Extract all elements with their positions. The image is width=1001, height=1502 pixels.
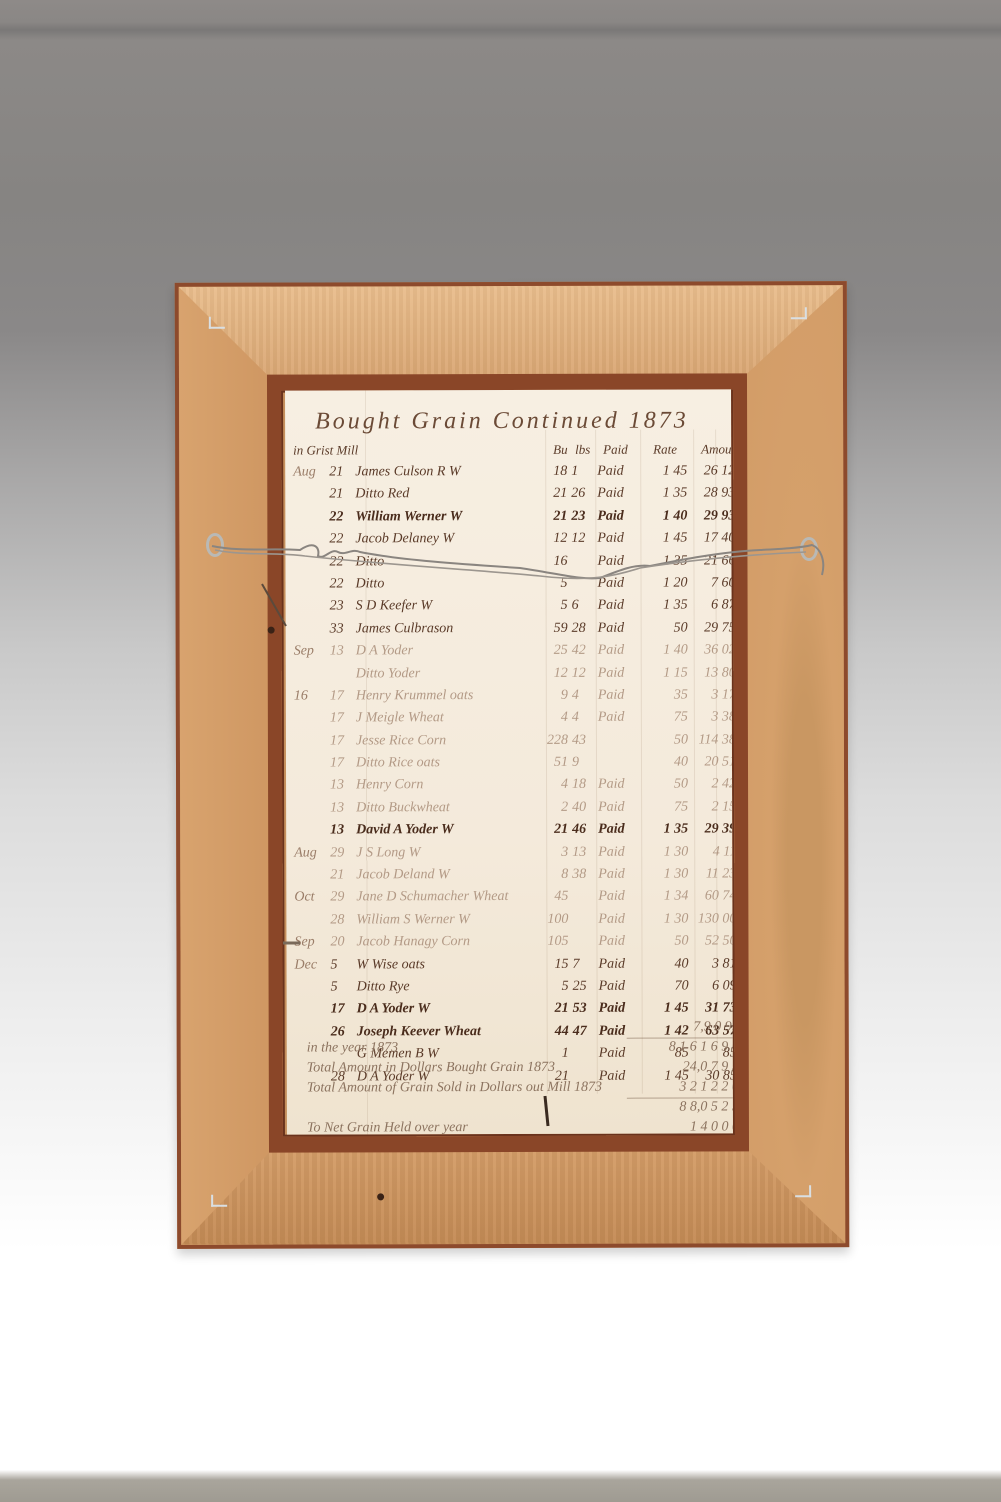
ledger-row: 13Henry Corn418Paid502 42 bbox=[286, 775, 732, 799]
ledger-cell-name: Henry Krummel oats bbox=[356, 688, 556, 705]
ledger-cell-lbs: 12 bbox=[572, 665, 594, 681]
ledger-cell-name: Jacob Hanagy Corn bbox=[356, 934, 556, 951]
ledger-cell-lbs: 42 bbox=[572, 643, 594, 659]
ledger-cell-name: Jacob Delaney W bbox=[355, 531, 555, 548]
ledger-cell-name: Ditto Red bbox=[355, 486, 555, 503]
ledger-cell-paid: Paid bbox=[598, 710, 634, 726]
ledger-cell-amount: 31 73 bbox=[695, 1001, 733, 1017]
ledger-cell-name: S D Keefer W bbox=[356, 598, 556, 615]
summary-label: in the year 1873 bbox=[307, 1040, 627, 1057]
ledger-cell-amount: 29 93 bbox=[693, 508, 733, 524]
ledger-cell-rate: 1 34 bbox=[648, 889, 688, 905]
picture-frame-back: Bought Grain Continued 1873 in Grist Mil… bbox=[175, 281, 850, 1249]
ledger-cell-rate: 1 45 bbox=[647, 531, 687, 547]
ledger-cell-amount: 60 74 bbox=[694, 889, 733, 905]
ledger-cell-name: Ditto Rice oats bbox=[356, 755, 556, 772]
ledger-cell-lbs: 26 bbox=[571, 486, 593, 502]
ledger-cell-margin: Aug bbox=[294, 845, 330, 861]
summary-row: 8 8,0 5 2 5 bbox=[287, 1097, 733, 1118]
ledger-page: Bought Grain Continued 1873 in Grist Mil… bbox=[285, 389, 733, 1134]
summary-value: 8 8,0 5 2 5 bbox=[627, 1099, 733, 1115]
ledger-cell-amount: 6 87 bbox=[694, 598, 733, 614]
ledger-row: 5Ditto Rye525Paid706 09 bbox=[287, 976, 733, 1000]
ledger-row: 17Ditto Rice oats5194020 51 bbox=[286, 753, 732, 777]
ledger-cell-lbs: 18 bbox=[572, 777, 594, 793]
ledger-cell-lbs: 12 bbox=[571, 531, 593, 547]
summary-value: 1 4 0 0 0 bbox=[627, 1119, 733, 1134]
ledger-cell-bu: 4 bbox=[546, 710, 568, 726]
ledger-header: in Grist Mill Bu lbs Paid Rate Amount bbox=[291, 441, 727, 460]
frame-rail-bottom bbox=[181, 1147, 845, 1245]
ledger-cell-lbs: 4 bbox=[572, 710, 594, 726]
ledger-cell-paid: Paid bbox=[597, 553, 633, 569]
ledger-cell-bu: 9 bbox=[546, 688, 568, 704]
summary-value: 7,9 0 99 bbox=[627, 1019, 733, 1035]
ledger-cell-paid: Paid bbox=[598, 598, 634, 614]
ledger-row: 21Jacob Deland W838Paid1 3011 23 bbox=[286, 864, 732, 888]
ledger-cell-paid: Paid bbox=[598, 777, 634, 793]
ledger-cell-lbs: 25 bbox=[573, 979, 595, 995]
summary-label bbox=[307, 1100, 627, 1101]
screw-eye-right bbox=[800, 537, 818, 561]
ledger-cell-name: Ditto bbox=[356, 576, 556, 593]
ledger-cell-rate: 1 20 bbox=[648, 575, 688, 591]
ledger-cell-rate: 1 45 bbox=[649, 1001, 689, 1017]
ledger-row: 23S D Keefer W56Paid1 356 87 bbox=[286, 596, 732, 620]
ledger-rows: Aug21James Culson R W181Paid1 4526 1221D… bbox=[285, 461, 733, 1089]
ledger-cell-amount: 17 40 bbox=[693, 531, 733, 547]
ledger-row: Ditto Yoder1212Paid1 1513 80 bbox=[286, 663, 732, 687]
ledger-cell-name: James Culbrason bbox=[356, 621, 556, 638]
ledger-cell-lbs: 40 bbox=[572, 800, 594, 816]
ledger-cell-rate: 1 45 bbox=[647, 464, 687, 480]
ledger-cell-amount: 29 39 bbox=[694, 822, 733, 838]
ledger-cell-paid: Paid bbox=[598, 576, 634, 592]
ledger-cell-lbs: 28 bbox=[572, 621, 594, 637]
ledger-cell-rate: 70 bbox=[649, 979, 689, 995]
ledger-cell-amount: 36 02 bbox=[694, 643, 733, 659]
ledger-cell-bu: 5 bbox=[546, 576, 568, 592]
ledger-cell-name: David A Yoder W bbox=[356, 822, 556, 839]
ledger-cell-rate: 1 35 bbox=[648, 598, 688, 614]
ledger-cell-lbs: 7 bbox=[573, 956, 595, 972]
nail-hole bbox=[377, 1193, 384, 1200]
ledger-cell-name: Ditto Rye bbox=[357, 979, 557, 996]
ledger-cell-bu: 21 bbox=[545, 509, 567, 525]
ledger-cell-rate: 50 bbox=[648, 934, 688, 950]
ledger-cell-paid: Paid bbox=[598, 620, 634, 636]
ledger-row: Dec5W Wise oats157Paid403 81 bbox=[286, 954, 732, 978]
ledger-summary: 7,9 0 99in the year 18738 1 6 1 6 9 6Tot… bbox=[287, 1017, 733, 1134]
summary-row: Total Amount in Dollars Bought Grain 187… bbox=[287, 1057, 733, 1078]
ledger-cell-bu: 100 bbox=[546, 912, 568, 928]
ledger-row: 22Ditto16Paid1 3521 66 bbox=[285, 551, 731, 575]
summary-label: Total Amount of Grain Sold in Dollars ou… bbox=[307, 1080, 627, 1097]
ledger-cell-name: J S Long W bbox=[356, 845, 556, 862]
ledger-row: 22William Werner W2123Paid1 4029 93 bbox=[285, 506, 731, 530]
ledger-cell-amount: 2 15 bbox=[694, 799, 733, 815]
frame-rail-right bbox=[743, 285, 846, 1243]
ledger-cell-margin: Aug bbox=[293, 464, 329, 480]
ledger-cell-margin: Sep bbox=[294, 935, 330, 951]
ledger-cell-amount: 52 50 bbox=[694, 934, 733, 950]
header-bu: Bu bbox=[553, 442, 567, 458]
ledger-cell-amount: 21 66 bbox=[693, 553, 733, 569]
ledger-cell-bu: 8 bbox=[546, 867, 568, 883]
header-lbs: lbs bbox=[575, 442, 590, 458]
ledger-row: Oct29Jane D Schumacher Wheat45Paid1 3460… bbox=[286, 887, 732, 911]
ledger-row: 17Jesse Rice Corn2284350114 38 bbox=[286, 730, 732, 754]
ledger-cell-paid: Paid bbox=[598, 934, 634, 950]
ledger-cell-rate: 75 bbox=[648, 799, 688, 815]
ledger-cell-paid: Paid bbox=[598, 665, 634, 681]
ledger-cell-paid: Paid bbox=[597, 464, 633, 480]
ledger-row: Aug29J S Long W313Paid1 304 11 bbox=[286, 842, 732, 866]
ledger-cell-rate: 1 35 bbox=[648, 822, 688, 838]
ledger-cell-rate: 1 40 bbox=[648, 643, 688, 659]
ledger-cell-bu: 21 bbox=[547, 1001, 569, 1017]
ledger-cell-bu: 15 bbox=[547, 956, 569, 972]
ledger-row: 33James Culbrason5928Paid5029 75 bbox=[286, 618, 732, 642]
ledger-row: 13Ditto Buckwheat240Paid752 15 bbox=[286, 797, 732, 821]
ledger-row: 1617Henry Krummel oats94Paid353 17 bbox=[286, 685, 732, 709]
summary-value: 3 2 1 2 2 0 bbox=[627, 1079, 733, 1095]
ledger-cell-amount: 3 38 bbox=[694, 710, 733, 726]
ledger-cell-amount: 29 75 bbox=[694, 620, 733, 636]
ledger-cell-rate: 40 bbox=[649, 956, 689, 972]
ledger-row: 28William S Werner W100Paid1 30130 00 bbox=[286, 909, 732, 933]
ledger-cell-name: W Wise oats bbox=[357, 956, 557, 973]
ledger-cell-paid: Paid bbox=[598, 822, 634, 838]
ledger-cell-bu: 2 bbox=[546, 800, 568, 816]
ledger-cell-bu: 16 bbox=[545, 553, 567, 569]
ledger-cell-rate: 75 bbox=[648, 710, 688, 726]
ledger-cell-bu: 12 bbox=[546, 665, 568, 681]
ledger-cell-paid: Paid bbox=[598, 867, 634, 883]
ledger-cell-bu: 5 bbox=[547, 979, 569, 995]
ledger-row: Aug21James Culson R W181Paid1 4526 12 bbox=[285, 461, 731, 485]
ledger-cell-rate: 35 bbox=[648, 687, 688, 703]
ledger-cell-paid: Paid bbox=[599, 1001, 635, 1017]
ledger-cell-paid: Paid bbox=[597, 486, 633, 502]
ledger-title: Bought Grain Continued 1873 bbox=[315, 408, 689, 436]
ledger-cell-name: J Meigle Wheat bbox=[356, 710, 556, 727]
header-amount: Amount bbox=[701, 441, 733, 457]
ledger-cell-rate: 1 35 bbox=[647, 553, 687, 569]
ledger-cell-rate: 50 bbox=[648, 777, 688, 793]
ledger-cell-amount: 13 80 bbox=[694, 665, 733, 681]
ledger-row: Sep20Jacob Hanagy Corn105Paid5052 50 bbox=[286, 932, 732, 956]
ledger-cell-amount: 2 42 bbox=[694, 777, 733, 793]
ledger-cell-bu: 3 bbox=[546, 844, 568, 860]
ledger-cell-amount: 28 93 bbox=[693, 486, 733, 502]
ledger-cell-bu: 228 bbox=[546, 733, 568, 749]
ledger-cell-paid: Paid bbox=[597, 531, 633, 547]
ledger-cell-lbs: 9 bbox=[572, 755, 594, 771]
ledger-cell-name: Jacob Deland W bbox=[356, 867, 556, 884]
ledger-cell-margin: Sep bbox=[294, 644, 330, 660]
ledger-cell-paid: Paid bbox=[597, 508, 633, 524]
frame-rail-left bbox=[179, 287, 274, 1245]
ledger-cell-rate: 40 bbox=[648, 755, 688, 771]
ledger-cell-rate: 1 30 bbox=[648, 844, 688, 860]
ledger-cell-name: Ditto bbox=[355, 553, 555, 570]
ledger-cell-paid: Paid bbox=[599, 979, 635, 995]
ledger-cell-amount: 7 60 bbox=[694, 575, 733, 591]
ledger-cell-name: Ditto Buckwheat bbox=[356, 800, 556, 817]
ledger-row: Sep13D A Yoder2542Paid1 4036 02 bbox=[286, 641, 732, 665]
ledger-cell-paid: Paid bbox=[598, 889, 634, 905]
ledger-cell-lbs: 23 bbox=[571, 509, 593, 525]
ledger-cell-amount: 4 11 bbox=[694, 844, 733, 860]
ledger-cell-paid: Paid bbox=[599, 956, 635, 972]
ledger-cell-amount: 6 09 bbox=[695, 978, 733, 994]
ledger-cell-bu: 51 bbox=[546, 755, 568, 771]
photo-scene: Bought Grain Continued 1873 in Grist Mil… bbox=[0, 0, 1001, 1502]
summary-value: 24,0 7 9 5 bbox=[627, 1059, 733, 1075]
ledger-row: 13David A Yoder W2146Paid1 3529 39 bbox=[286, 820, 732, 844]
ledger-cell-lbs: 13 bbox=[572, 844, 594, 860]
ledger-cell-name: Ditto Yoder bbox=[356, 665, 556, 682]
ledger-cell-rate: 1 15 bbox=[648, 665, 688, 681]
ledger-cell-amount: 114 38 bbox=[694, 732, 733, 748]
ledger-cell-rate: 50 bbox=[648, 620, 688, 636]
ledger-row: 21Ditto Red2126Paid1 3528 93 bbox=[285, 484, 731, 508]
ledger-cell-paid: Paid bbox=[598, 643, 634, 659]
screw-eye-left bbox=[206, 533, 224, 557]
ledger-row: 17J Meigle Wheat44Paid753 38 bbox=[286, 708, 732, 732]
ledger-cell-bu: 5 bbox=[546, 598, 568, 614]
ledger-cell-amount: 26 12 bbox=[693, 463, 733, 479]
ledger-cell-bu: 25 bbox=[546, 643, 568, 659]
ledger-cell-amount: 3 17 bbox=[694, 687, 733, 703]
corner-staple bbox=[209, 317, 225, 329]
ledger-cell-rate: 1 30 bbox=[648, 867, 688, 883]
ledger-cell-bu: 105 bbox=[546, 934, 568, 950]
ledger-cell-name: D A Yoder W bbox=[357, 1001, 557, 1018]
ledger-cell-name: D A Yoder bbox=[356, 643, 556, 660]
summary-row: To Net Grain Held over year1 4 0 0 0 bbox=[287, 1117, 733, 1134]
corner-staple bbox=[211, 1195, 227, 1207]
nail-hole bbox=[268, 627, 275, 634]
ledger-cell-amount: 130 00 bbox=[694, 911, 733, 927]
ledger-cell-rate: 1 30 bbox=[648, 911, 688, 927]
ledger-cell-bu: 4 bbox=[546, 777, 568, 793]
summary-label bbox=[307, 1020, 627, 1021]
header-paid: Paid bbox=[603, 442, 628, 458]
ledger-cell-paid: Paid bbox=[598, 844, 634, 860]
ledger-cell-lbs: 4 bbox=[572, 688, 594, 704]
ledger-row: 22Ditto5Paid1 207 60 bbox=[286, 573, 732, 597]
ledger-cell-lbs: 46 bbox=[572, 822, 594, 838]
ledger-cell-paid: Paid bbox=[598, 800, 634, 816]
ledger-cell-amount: 3 81 bbox=[695, 956, 733, 972]
ledger-cell-paid: Paid bbox=[598, 688, 634, 704]
summary-label: Total Amount in Dollars Bought Grain 187… bbox=[307, 1060, 627, 1077]
ledger-cell-margin: 16 bbox=[294, 688, 330, 704]
ledger-cell-rate: 50 bbox=[648, 732, 688, 748]
header-rate: Rate bbox=[653, 442, 677, 458]
ledger-cell-bu: 21 bbox=[546, 822, 568, 838]
ledger-cell-rate: 1 40 bbox=[647, 508, 687, 524]
ledger-cell-amount: 20 51 bbox=[694, 754, 733, 770]
ledger-cell-bu: 59 bbox=[546, 621, 568, 637]
ledger-cell-lbs: 38 bbox=[572, 867, 594, 883]
corner-staple bbox=[791, 307, 807, 319]
ledger-cell-name: William S Werner W bbox=[356, 912, 556, 929]
summary-row: Total Amount of Grain Sold in Dollars ou… bbox=[287, 1077, 733, 1098]
ledger-cell-amount: 11 23 bbox=[694, 866, 733, 882]
ledger-cell-lbs: 6 bbox=[572, 598, 594, 614]
ledger-cell-bu: 45 bbox=[546, 889, 568, 905]
ledger-cell-lbs: 53 bbox=[573, 1001, 595, 1017]
summary-row: in the year 18738 1 6 1 6 9 6 bbox=[287, 1037, 733, 1058]
summary-label: To Net Grain Held over year bbox=[307, 1120, 627, 1135]
ledger-cell-name: Jane D Schumacher Wheat bbox=[356, 889, 556, 906]
ledger-cell-rate: 1 35 bbox=[647, 486, 687, 502]
ledger-cell-lbs: 1 bbox=[571, 464, 593, 480]
ledger-cell-name: Jesse Rice Corn bbox=[356, 733, 556, 750]
ledger-cell-name: James Culson R W bbox=[355, 464, 555, 481]
summary-value: 8 1 6 1 6 9 6 bbox=[627, 1039, 733, 1055]
summary-row: 7,9 0 99 bbox=[287, 1017, 733, 1038]
header-section: in Grist Mill bbox=[293, 442, 358, 458]
ledger-cell-margin: Oct bbox=[294, 890, 330, 906]
ledger-cell-name: William Werner W bbox=[355, 509, 555, 526]
ledger-cell-margin: Dec bbox=[295, 957, 331, 973]
ledger-cell-lbs: 43 bbox=[572, 732, 594, 748]
ledger-cell-paid: Paid bbox=[598, 911, 634, 927]
ledger-cell-bu: 21 bbox=[545, 486, 567, 502]
frame-rail-top bbox=[179, 285, 843, 379]
corner-staple bbox=[795, 1185, 811, 1197]
ledger-cell-name: Henry Corn bbox=[356, 777, 556, 794]
ledger-cell-bu: 12 bbox=[545, 531, 567, 547]
ledger-row: 22Jacob Delaney W1212Paid1 4517 40 bbox=[285, 529, 731, 553]
ledger-cell-bu: 18 bbox=[545, 464, 567, 480]
